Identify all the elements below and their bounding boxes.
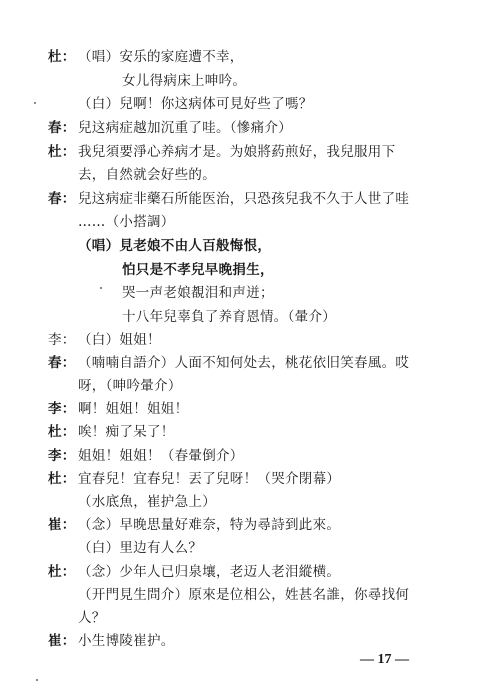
dialogue-text: （白）里边有人么？ [78,537,202,559]
speaker-label: 春： [48,188,76,210]
speaker-label: 春： [48,352,76,374]
dialogue-text: 人？ [78,607,106,629]
dialogue-text: 兒这病症非藥石所能医治，只恐孩兒我不久于人世了哇 [78,188,409,210]
dialogue-text: 呀，（呻吟暈介） [78,375,182,397]
dialogue-text: （白）姐姐！ [78,329,161,351]
dialogue-text: （唱）安乐的家庭遭不幸， [78,46,244,68]
speaker-label: 杜： [48,468,76,490]
speaker-label: 春： [48,117,76,139]
dialogue-text: 我兒須要淨心养病才是。为娘將葯煎好，我兒服用下 [78,141,395,163]
dialogue-text: 啊！姐姐！姐姐！ [78,398,188,420]
speaker-label: 杜： [48,141,76,163]
scan-speck [34,102,36,104]
dialogue-text: 女儿得病床上呻吟。 [122,70,246,92]
speaker-label: 崔： [48,630,76,652]
dialogue-text: （白）兒啊！你这病体可見好些了嗎？ [78,93,313,115]
dialogue-text: （念）早晚思量好难奈，特为尋詩到此來。 [78,514,340,536]
speaker-label: 李： [48,445,76,467]
dialogue-text: ……（小搭調） [78,211,175,233]
speaker-label: 杜： [48,46,76,68]
dialogue-text: （开門見生問介）原來是位相公，姓甚名誰，你尋找何 [78,584,409,606]
dialogue-text: 怕只是不孝兒早晚捐生， [122,259,274,281]
speaker-label: 李： [48,329,76,351]
dialogue-text: 去，自然就会好些的。 [78,164,216,186]
dialogue-text: （念）少年人已归泉壤，老迈人老泪縱横。 [78,561,340,583]
dialogue-text: （唱）見老娘不由人百般悔恨， [78,235,271,257]
page-number: — 17 — [360,652,409,668]
dialogue-text: 哭一声老娘覩泪和声迸； [122,282,274,304]
dialogue-text: 唉！痴了呆了！ [78,421,175,443]
dialogue-text: 姐姐！姐姐！（春暈倒介） [78,445,244,467]
speaker-label: 杜： [48,421,76,443]
dialogue-text: 十八年兒辜負了养育恩情。（暈介） [122,306,336,328]
scan-speck [36,679,38,681]
dialogue-text: 宜春兒！宜春兒！丟了兒呀！（哭介閉幕） [78,468,340,490]
speaker-label: 杜： [48,561,76,583]
speaker-label: 李： [48,398,76,420]
speaker-label: 崔： [48,514,76,536]
dialogue-text: 小生博陵崔护。 [78,630,175,652]
dialogue-text: （喃喃自語介）人面不知何处去，桃花依旧笑春風。哎 [78,352,409,374]
dialogue-text: 兒这病症越加沉重了哇。（慘痛介） [78,117,292,139]
dialogue-text: （水底魚，崔护急上） [78,491,216,513]
scan-speck [100,287,102,289]
